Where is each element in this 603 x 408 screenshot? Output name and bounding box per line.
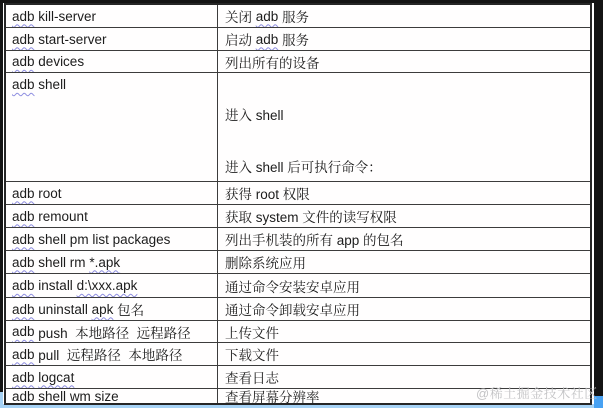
description-cell: 列出手机装的所有 app 的包名 — [218, 228, 590, 250]
command-cell: adb uninstall apk 包名 — [6, 298, 218, 320]
spellcheck-underlined-text: apk — [92, 302, 114, 317]
table-row: adb pull 远程路径 本地路径 下载文件 — [6, 343, 590, 366]
spellcheck-underlined-text: adb — [12, 255, 35, 270]
description-cell: 列出所有的设备 — [218, 51, 590, 72]
spellcheck-underlined-text: adb — [12, 232, 35, 247]
table-row: adb shell rm *.apk 删除系统应用 — [6, 251, 590, 274]
command-cell: adb push 本地路径 远程路径 — [6, 321, 218, 342]
spellcheck-underlined-text: adb — [12, 186, 35, 201]
table-row: adb root 获得 root 权限 — [6, 182, 590, 205]
spellcheck-underlined-text: adb — [12, 370, 35, 385]
command-cell: adb devices — [6, 51, 218, 72]
description-cell: 进入 shell 进入 shell 后可执行命令： ls列出当前目录下所有文件命… — [218, 73, 590, 181]
table-row: adb push 本地路径 远程路径 上传文件 — [6, 321, 590, 343]
screen-edge-right — [594, 0, 603, 396]
adb-commands-table: adb kill-server 关闭 adb 服务 adb start-serv… — [4, 3, 592, 405]
command-cell: adb kill-server — [6, 5, 218, 27]
command-cell: adb shell pm list packages — [6, 228, 218, 250]
shell-subcommand-line: 进入 shell 后可执行命令： — [225, 157, 590, 179]
description-cell: 删除系统应用 — [218, 251, 590, 273]
description-cell: 获取 system 文件的读写权限 — [218, 205, 590, 227]
table-row: adb shell pm list packages 列出手机装的所有 app … — [6, 228, 590, 251]
shell-subcommand-line: 进入 shell — [225, 105, 590, 127]
spellcheck-underlined-text: adb — [12, 389, 35, 403]
screen-edge-left — [0, 0, 3, 392]
description-cell: 上传文件 — [218, 321, 590, 342]
description-cell: 关闭 adb 服务 — [218, 5, 590, 27]
command-cell: adb shell — [6, 73, 218, 181]
spellcheck-underlined-text: adb — [12, 302, 35, 317]
table-row: adb shell 进入 shell 进入 shell 后可执行命令： ls列出… — [6, 73, 590, 182]
spellcheck-underlined-text: adb — [12, 74, 35, 96]
spellcheck-underlined-text: adb — [256, 9, 279, 24]
spellcheck-underlined-text: adb — [12, 324, 35, 339]
command-cell: adb shell wm size — [6, 389, 218, 403]
spellcheck-underlined-text: d:\xxx.apk — [77, 278, 138, 293]
spellcheck-underlined-text: adb — [12, 209, 35, 224]
spellcheck-underlined-text: logcat — [38, 370, 74, 385]
spellcheck-underlined-text: adb — [12, 347, 35, 362]
table-row: adb uninstall apk 包名 通过命令卸载安卓应用 — [6, 298, 590, 321]
watermark: @稀土掘金技术社区 — [476, 383, 598, 402]
description-cell: 启动 adb 服务 — [218, 28, 590, 50]
command-cell: adb logcat — [6, 366, 218, 388]
spellcheck-underlined-text: adb — [12, 54, 35, 69]
spellcheck-underlined-text: *.apk — [89, 255, 120, 270]
table-row: adb kill-server 关闭 adb 服务 — [6, 5, 590, 28]
command-cell: adb remount — [6, 205, 218, 227]
table-row: adb start-server 启动 adb 服务 — [6, 28, 590, 51]
table-row: adb install d:\xxx.apk 通过命令安装安卓应用 — [6, 274, 590, 298]
description-cell: 通过命令卸载安卓应用 — [218, 298, 590, 320]
spellcheck-underlined-text: adb — [12, 278, 35, 293]
spellcheck-underlined-text: wm — [70, 389, 91, 403]
table-row: adb remount 获取 system 文件的读写权限 — [6, 205, 590, 228]
command-cell: adb pull 远程路径 本地路径 — [6, 343, 218, 365]
screenshot-root: adb kill-server 关闭 adb 服务 adb start-serv… — [0, 0, 603, 408]
spellcheck-underlined-text: adb — [256, 32, 279, 47]
command-cell: adb shell rm *.apk — [6, 251, 218, 273]
table-row: adb devices 列出所有的设备 — [6, 51, 590, 73]
spellcheck-underlined-text: adb — [12, 9, 35, 24]
command-cell: adb install d:\xxx.apk — [6, 274, 218, 297]
description-cell: 下载文件 — [218, 343, 590, 365]
command-cell: adb root — [6, 182, 218, 204]
spellcheck-underlined-text: adb — [12, 32, 35, 47]
command-cell: adb start-server — [6, 28, 218, 50]
description-cell: 获得 root 权限 — [218, 182, 590, 204]
description-cell: 通过命令安装安卓应用 — [218, 274, 590, 297]
